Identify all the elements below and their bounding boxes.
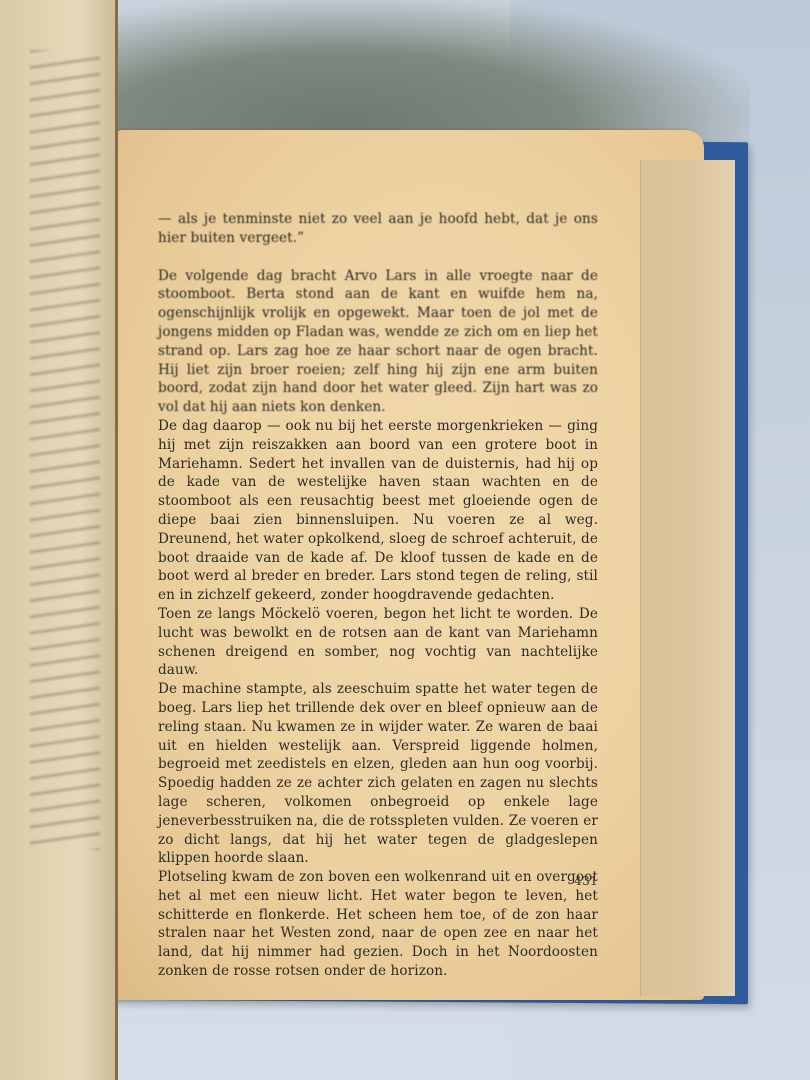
paragraph: De machine stampte, als zeeschuim spatte…	[158, 680, 598, 868]
left-page	[0, 0, 118, 1080]
page-number: 431	[574, 873, 598, 888]
paragraph: Toen ze langs Möckelö voeren, begon het …	[158, 605, 598, 680]
paragraph: De dag daarop — ook nu bij het eerste mo…	[158, 417, 598, 605]
page-text: — als je tenminste niet zo veel aan je h…	[158, 210, 598, 981]
left-page-text-lines	[30, 50, 100, 850]
paragraph: Plotseling kwam de zon boven een wolkenr…	[158, 868, 598, 981]
paragraph: — als je tenminste niet zo veel aan je h…	[158, 210, 598, 248]
paragraph: De volgende dag bracht Arvo Lars in alle…	[158, 267, 598, 417]
page-edges	[640, 160, 735, 996]
